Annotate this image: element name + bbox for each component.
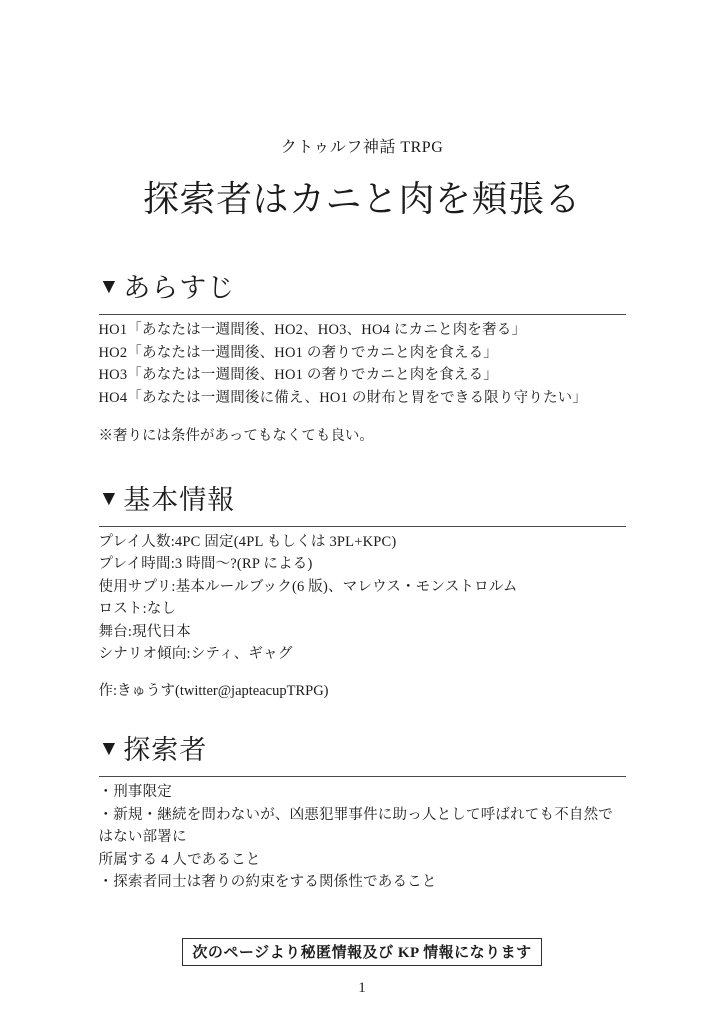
text-line: 使用サプリ:基本ルールブック(6 版)、マレウス・モンストロルム xyxy=(99,576,626,599)
section-title: あらすじ xyxy=(123,266,235,305)
text-line: プレイ人数:4PC 固定(4PL もしくは 3PL+KPC) xyxy=(99,531,626,554)
note-line: ※奢りには条件があってもなくても良い。 xyxy=(99,425,626,448)
text-line: HO2「あなたは一週間後、HO1 の奢りでカニと肉を食える」 xyxy=(99,342,626,365)
text-line: ・新規・継続を問わないが、凶悪犯罪事件に助っ人として呼ばれても不自然ではない部署… xyxy=(99,804,626,849)
text-line: シナリオ傾向:シティ、ギャグ xyxy=(99,643,626,666)
section-heading-synopsis: ▼ あらすじ xyxy=(99,266,626,315)
notice-wrap: 次のページより秘匿情報及び KP 情報になります xyxy=(99,938,626,966)
section-synopsis: ▼ あらすじ HO1「あなたは一週間後、HO2、HO3、HO4 にカニと肉を奢る… xyxy=(99,266,626,448)
notice-box: 次のページより秘匿情報及び KP 情報になります xyxy=(182,938,541,966)
section-title: 探索者 xyxy=(123,728,207,767)
doc-header: クトゥルフ神話 TRPG xyxy=(0,0,724,157)
text-line: ロスト:なし xyxy=(99,598,626,621)
investigator-lines: ・刑事限定 ・新規・継続を問わないが、凶悪犯罪事件に助っ人として呼ばれても不自然… xyxy=(99,777,626,894)
section-heading-investigators: ▼ 探索者 xyxy=(99,728,626,777)
document-page: クトゥルフ神話 TRPG 探索者はカニと肉を頬張る ▼ あらすじ HO1「あなた… xyxy=(0,0,724,1024)
text-line: HO4「あなたは一週間後に備え、HO1 の財布と胃をできる限り守りたい」 xyxy=(99,387,626,410)
section-title: 基本情報 xyxy=(123,478,235,517)
triangle-marker-icon: ▼ xyxy=(99,486,121,511)
text-line: ・刑事限定 xyxy=(99,781,626,804)
text-line: プレイ時間:3 時間〜?(RP による) xyxy=(99,553,626,576)
page-number: 1 xyxy=(99,980,626,997)
author-line: 作:きゅうす(twitter@japteacupTRPG) xyxy=(99,680,626,703)
section-investigators: ▼ 探索者 ・刑事限定 ・新規・継続を問わないが、凶悪犯罪事件に助っ人として呼ば… xyxy=(99,728,626,894)
triangle-marker-icon: ▼ xyxy=(99,736,121,761)
section-heading-basic-info: ▼ 基本情報 xyxy=(99,478,626,527)
text-line: HO3「あなたは一週間後、HO1 の奢りでカニと肉を食える」 xyxy=(99,364,626,387)
text-line: 舞台:現代日本 xyxy=(99,621,626,644)
text-line: HO1「あなたは一週間後、HO2、HO3、HO4 にカニと肉を奢る」 xyxy=(99,319,626,342)
triangle-marker-icon: ▼ xyxy=(99,274,121,299)
synopsis-lines: HO1「あなたは一週間後、HO2、HO3、HO4 にカニと肉を奢る」 HO2「あ… xyxy=(99,315,626,409)
section-basic-info: ▼ 基本情報 プレイ人数:4PC 固定(4PL もしくは 3PL+KPC) プレ… xyxy=(99,478,626,703)
text-line: ・探索者同士は奢りの約束をする関係性であること xyxy=(99,871,626,894)
doc-title: 探索者はカニと肉を頬張る xyxy=(0,171,724,222)
document-content: ▼ あらすじ HO1「あなたは一週間後、HO2、HO3、HO4 にカニと肉を奢る… xyxy=(99,266,626,997)
text-line: 所属する 4 人であること xyxy=(99,849,626,872)
basic-info-lines: プレイ人数:4PC 固定(4PL もしくは 3PL+KPC) プレイ時間:3 時… xyxy=(99,527,626,666)
